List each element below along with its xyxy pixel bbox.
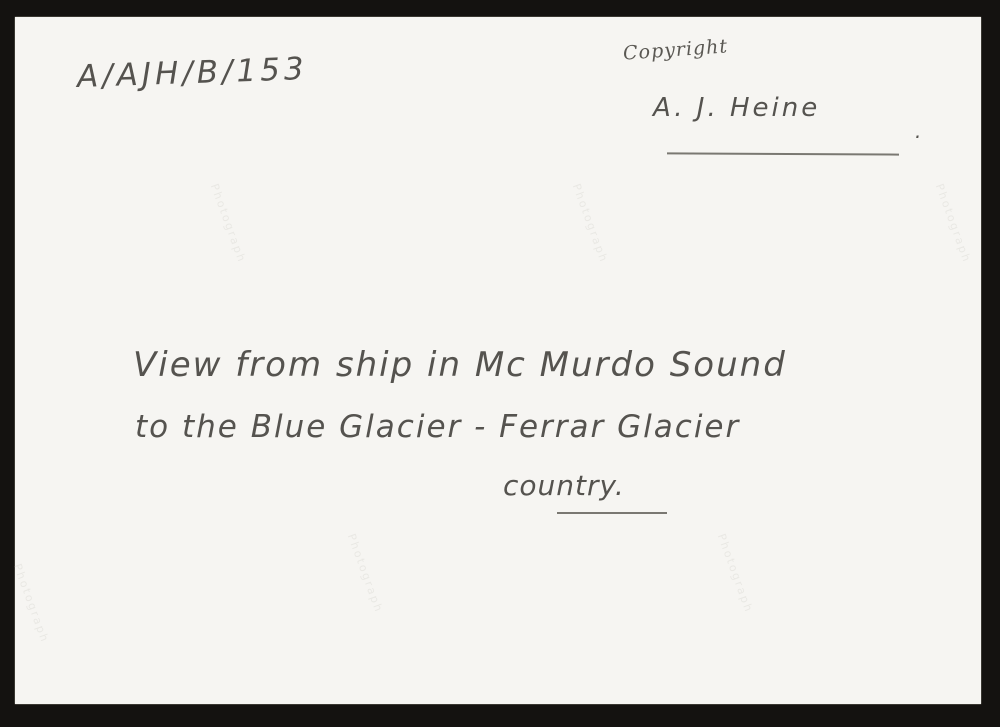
caption-line-1: View from ship in Mc Murdo Sound <box>133 345 787 385</box>
watermark: Photograph <box>715 532 756 615</box>
photo-back-card: Photograph Photograph Photograph Photogr… <box>15 17 981 704</box>
watermark: Photograph <box>11 562 52 645</box>
caption-underline <box>557 512 667 514</box>
reference-number: A/AJH/B/153 <box>76 51 308 95</box>
copyright-label: Copyright <box>622 35 728 64</box>
watermark: Photograph <box>570 182 611 265</box>
watermark: Photograph <box>933 182 974 265</box>
watermark: Photograph <box>345 532 386 615</box>
copyright-underline <box>667 152 899 155</box>
watermark: Photograph <box>208 182 249 265</box>
copyright-mark: . <box>915 119 922 143</box>
copyright-holder: A. J. Heine <box>653 93 820 123</box>
caption-line-3: country. <box>503 469 625 502</box>
caption-line-2: to the Blue Glacier - Ferrar Glacier <box>135 409 740 445</box>
